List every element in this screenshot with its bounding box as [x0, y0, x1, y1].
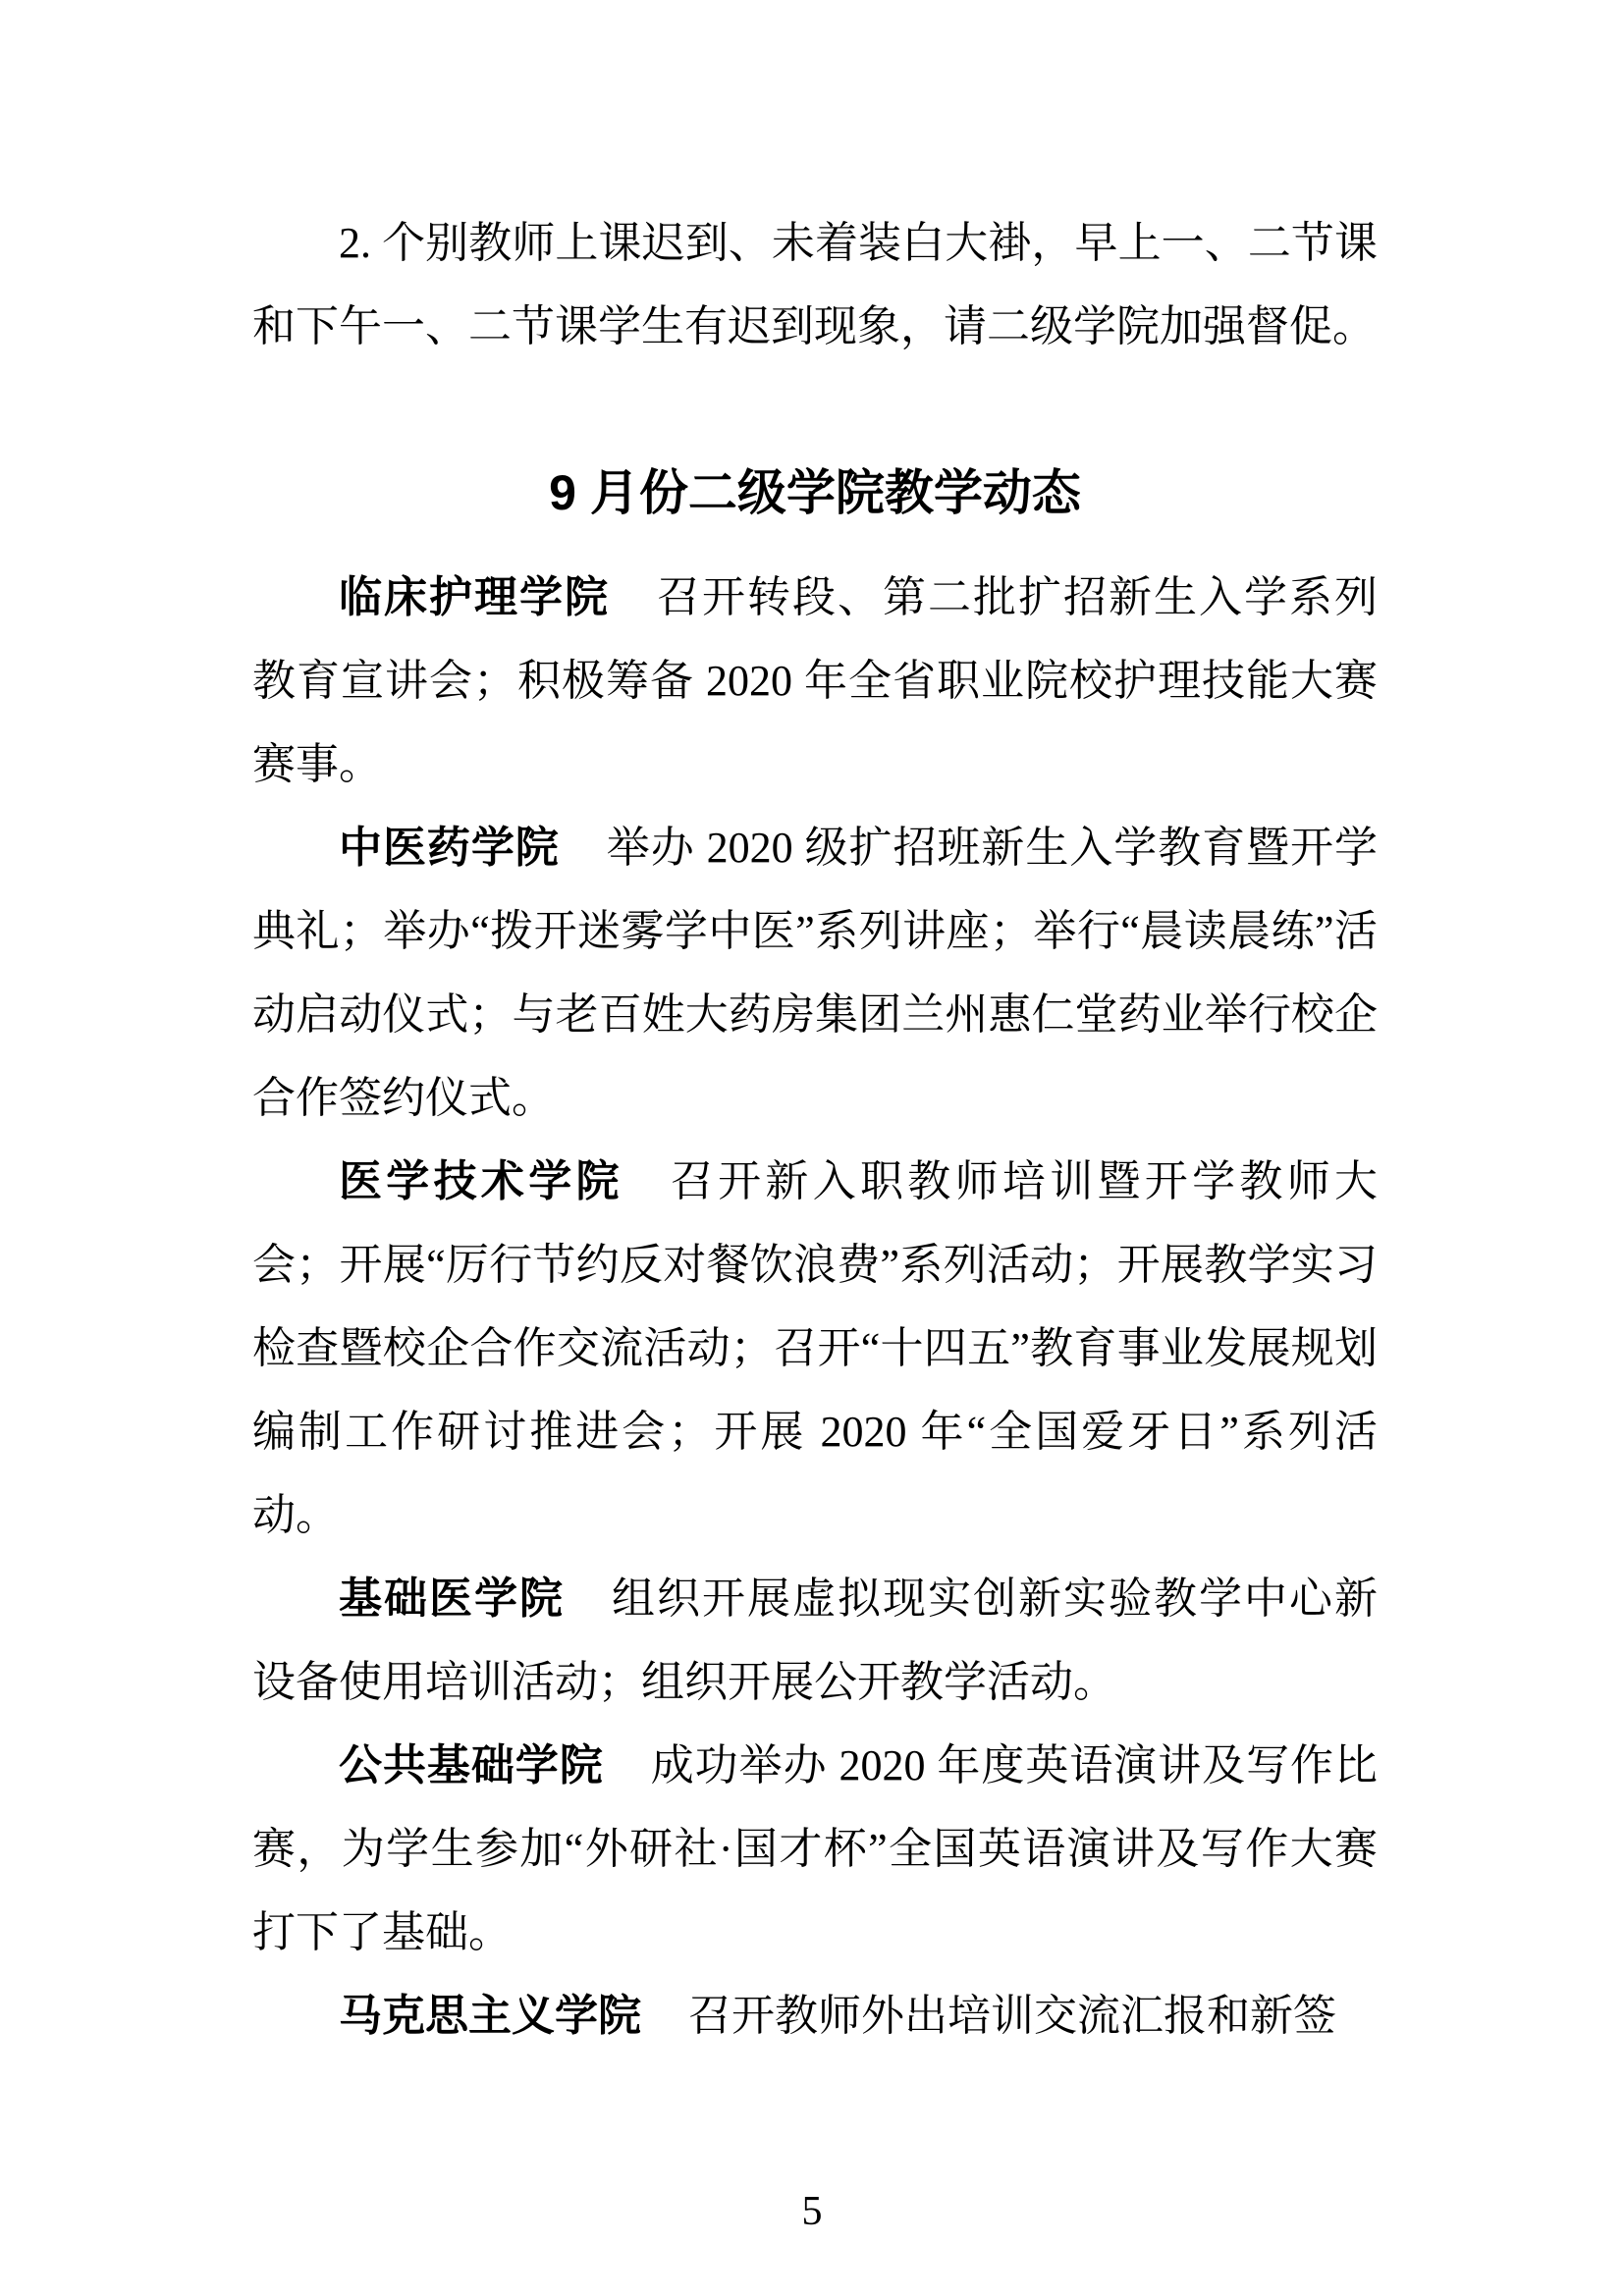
- college-name-basic-medicine: 基础医学院: [339, 1575, 565, 1623]
- college-name-marxism: 马克思主义学院: [339, 1992, 641, 2040]
- paragraph-public-foundation: 公共基础学院成功举办 2020 年度英语演讲及写作比赛，为学生参加“外研社·国才…: [252, 1724, 1378, 1974]
- college-name-medical-technology: 医学技术学院: [339, 1157, 623, 1205]
- college-name-public-foundation: 公共基础学院: [339, 1741, 604, 1789]
- paragraph-clinical-nursing: 临床护理学院召开转段、第二批扩招新生入学系列教育宣讲会；积极筹备 2020 年全…: [252, 556, 1378, 806]
- paragraph-basic-medicine: 基础医学院组织开展虚拟现实创新实验教学中心新设备使用培训活动；组织开展公开教学活…: [252, 1557, 1378, 1724]
- paragraph-marxism: 马克思主义学院召开教师外出培训交流汇报和新签: [252, 1974, 1378, 2057]
- document-body: 2. 个别教师上课迟到、未着装白大褂，早上一、二节课和下午一、二节课学生有迟到现…: [252, 201, 1378, 2057]
- college-text-medical-technology: 召开新入职教师培训暨开学教师大会；开展“厉行节约反对餐饮浪费”系列活动；开展教学…: [252, 1157, 1378, 1539]
- college-name-tcm: 中医药学院: [339, 824, 560, 872]
- document-page: 2. 个别教师上课迟到、未着装白大褂，早上一、二节课和下午一、二节课学生有迟到现…: [0, 0, 1624, 2296]
- intro-paragraph: 2. 个别教师上课迟到、未着装白大褂，早上一、二节课和下午一、二节课学生有迟到现…: [252, 201, 1378, 368]
- paragraph-medical-technology: 医学技术学院召开新入职教师培训暨开学教师大会；开展“厉行节约反对餐饮浪费”系列活…: [252, 1140, 1378, 1557]
- college-text-marxism: 召开教师外出培训交流汇报和新签: [688, 1992, 1336, 2040]
- page-number: 5: [0, 2191, 1624, 2232]
- paragraph-tcm: 中医药学院举办 2020 级扩招班新生入学教育暨开学典礼；举办“拨开迷雾学中医”…: [252, 806, 1378, 1140]
- college-name-clinical-nursing: 临床护理学院: [339, 573, 610, 621]
- section-heading: 9 月份二级学院教学动态: [252, 463, 1378, 522]
